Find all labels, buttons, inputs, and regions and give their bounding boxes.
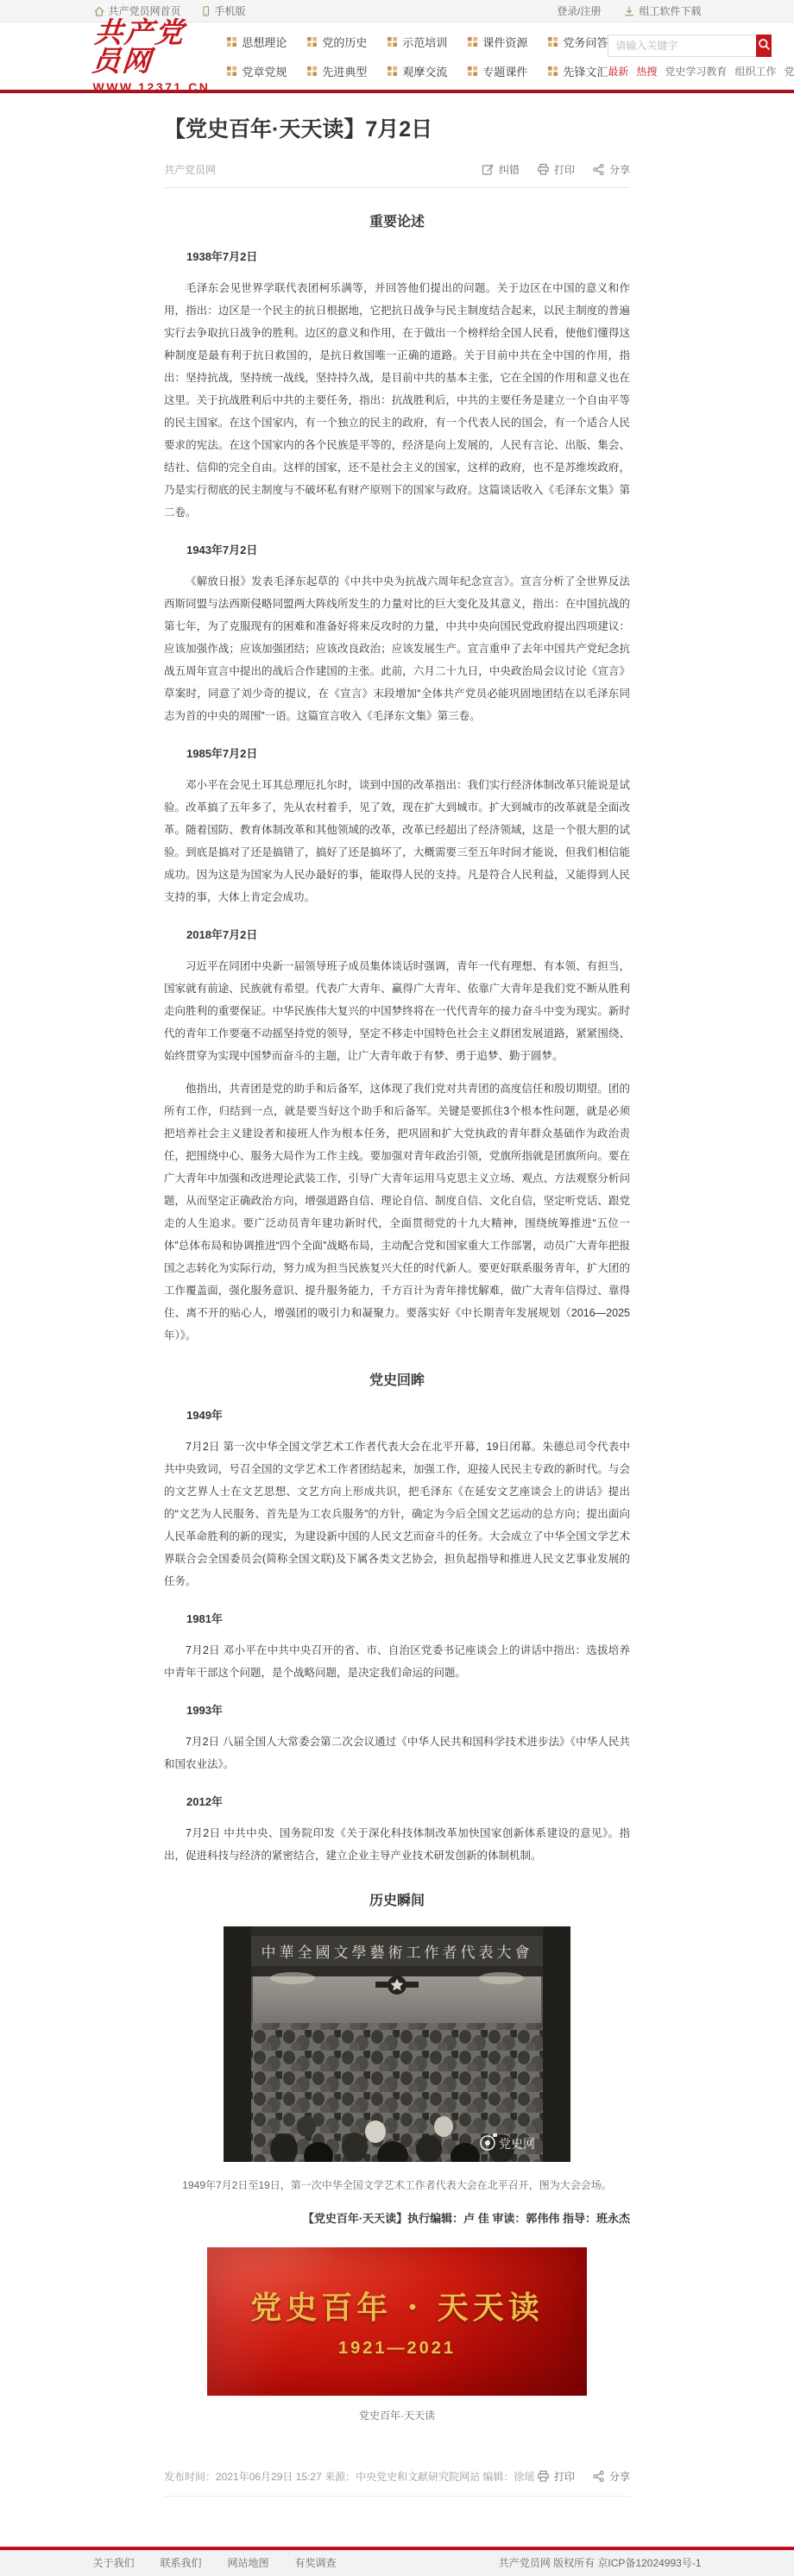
entry-paragraph: 毛泽东会见世界学联代表团柯乐满等，并回答他们提出的问题。关于边区在中国的意义和作… bbox=[164, 277, 630, 524]
grid-icon bbox=[548, 37, 558, 47]
nav-item-courseware[interactable]: 课件资源 bbox=[468, 34, 527, 50]
nav-item-party-history[interactable]: 党的历史 bbox=[307, 34, 367, 50]
nav-item-party-qa[interactable]: 党务问答 bbox=[548, 34, 608, 50]
print-button-bottom[interactable]: 打印 bbox=[537, 2469, 575, 2484]
section-heading: 重要论述 bbox=[164, 210, 630, 230]
section-heading: 党史回眸 bbox=[164, 1369, 630, 1389]
section-historic-moment: 历史瞬间 中華全國文學藝術 bbox=[164, 1889, 630, 2422]
section-party-history-review: 党史回眸 1949年 7月2日 第一次中华全国文学艺术工作者代表大会在北平开幕，… bbox=[164, 1369, 630, 1867]
printer-icon bbox=[537, 2470, 550, 2483]
nav-label: 党章党规 bbox=[242, 63, 287, 79]
grid-icon bbox=[307, 37, 317, 47]
entry-paragraph: 习近平在同团中央新一届领导班子成员集体谈话时强调，青年一代有理想、有本领、有担当… bbox=[164, 955, 630, 1067]
entry-paragraph: 《解放日报》发表毛泽东起草的《中共中央为抗战六周年纪念宣言》。宣言分析了全世界反… bbox=[164, 570, 630, 727]
footer-copyright: 共产党员网 版权所有 京ICP备12024993号-1 bbox=[499, 2555, 702, 2570]
series-banner: 党史百年 · 天天读 1921—2021 bbox=[207, 2247, 587, 2396]
site-logo-url: WWW.12371.CN bbox=[93, 80, 211, 94]
section-heading: 历史瞬间 bbox=[164, 1889, 630, 1909]
grid-icon bbox=[227, 66, 236, 76]
historic-photo: 中華全國文學藝術工作者代表大會 bbox=[224, 1926, 570, 2162]
nav-item-special-courseware[interactable]: 专题课件 bbox=[468, 63, 527, 79]
publish-info: 发布时间：2021年06月29日 15:27 来源：中央党史和文献研究院网站 编… bbox=[164, 2469, 534, 2484]
hot-link-organization-work[interactable]: 组织工作 bbox=[734, 64, 776, 79]
article-source: 共产党员网 bbox=[164, 162, 216, 177]
nav-item-theory[interactable]: 思想理论 bbox=[227, 34, 287, 50]
share-icon bbox=[592, 163, 605, 176]
printer-icon bbox=[537, 163, 550, 176]
share-button[interactable]: 分享 bbox=[592, 162, 630, 177]
search-area: 最新 热搜 党史学习教育 组织工作 党课 bbox=[608, 35, 772, 79]
entry-date: 1943年7月2日 bbox=[164, 539, 630, 562]
entry-date: 1985年7月2日 bbox=[164, 743, 630, 765]
entry-paragraph: 7月2日 第一次中华全国文学艺术工作者代表大会在北平开幕，19日闭幕。朱德总司令… bbox=[164, 1436, 630, 1593]
grid-icon bbox=[307, 66, 317, 76]
grid-icon bbox=[388, 37, 397, 47]
hot-link-trending[interactable]: 热搜 bbox=[636, 64, 657, 79]
historic-photo-figure: 中華全國文學藝術工作者代表大會 bbox=[164, 1926, 630, 2194]
entry-date: 1993年 bbox=[164, 1700, 630, 1722]
entry-date: 2012年 bbox=[164, 1791, 630, 1813]
site-logo-calligraphy: 共产党员网 bbox=[91, 18, 213, 75]
hot-link-party-class[interactable]: 党课 bbox=[784, 64, 794, 79]
grid-icon bbox=[468, 37, 477, 47]
footer-link-about[interactable]: 关于我们 bbox=[93, 2555, 135, 2570]
entry-date: 1949年 bbox=[164, 1404, 630, 1427]
mobile-link-label: 手机版 bbox=[215, 3, 246, 18]
photo-banner-text: 中華全國文學藝術工作者代表大會 bbox=[262, 1944, 533, 1961]
correction-label: 纠错 bbox=[499, 162, 520, 177]
entry-date: 1981年 bbox=[164, 1608, 630, 1630]
nav-label: 课件资源 bbox=[482, 34, 527, 50]
download-icon bbox=[623, 5, 635, 17]
footer-link-contact[interactable]: 联系我们 bbox=[161, 2555, 202, 2570]
nav-label: 党务问答 bbox=[563, 34, 608, 50]
footer-link-sitemap[interactable]: 网站地图 bbox=[228, 2555, 269, 2570]
entry-date: 2018年7月2日 bbox=[164, 924, 630, 946]
entry-date: 1938年7月2日 bbox=[164, 246, 630, 268]
mobile-link[interactable]: 手机版 bbox=[200, 3, 246, 18]
grid-icon bbox=[388, 66, 397, 76]
print-label: 打印 bbox=[554, 162, 575, 177]
series-banner-years: 1921—2021 bbox=[338, 2339, 456, 2359]
share-label: 分享 bbox=[609, 2469, 630, 2484]
print-button[interactable]: 打印 bbox=[537, 162, 575, 177]
search-input[interactable] bbox=[608, 35, 756, 57]
entry-paragraph: 7月2日 邓小平在中共中央召开的省、市、自治区党委书记座谈会上的讲话中指出：选拔… bbox=[164, 1639, 630, 1684]
main-navigation: 思想理论 党的历史 示范培训 课件资源 党务问答 党章党规 bbox=[227, 34, 608, 79]
nav-item-exchange[interactable]: 观摩交流 bbox=[388, 63, 447, 79]
nav-label: 观摩交流 bbox=[402, 63, 447, 79]
photo-caption: 1949年7月2日至19日，第一次中华全国文学艺术工作者代表大会在北平召开，图为… bbox=[164, 2177, 630, 2194]
login-register-link[interactable]: 登录/注册 bbox=[557, 3, 601, 18]
nav-item-pioneer-articles[interactable]: 先锋文汇 bbox=[548, 63, 608, 79]
site-footer: 关于我们 联系我们 网站地图 有奖调查 共产党员网 版权所有 京ICP备1202… bbox=[0, 2547, 794, 2576]
footer-links: 关于我们 联系我们 网站地图 有奖调查 bbox=[93, 2555, 337, 2570]
grid-icon bbox=[468, 66, 477, 76]
site-header: 共产党员网 WWW.12371.CN 思想理论 党的历史 示范培训 课件资源 bbox=[0, 22, 794, 90]
nav-item-role-models[interactable]: 先进典型 bbox=[307, 63, 367, 79]
editor-credits: 【党史百年·天天读】执行编辑：卢 佳 审读：郭伟伟 指导：班永杰 bbox=[164, 2209, 630, 2228]
series-banner-title: 党史百年 · 天天读 bbox=[250, 2284, 544, 2328]
nav-label: 先进典型 bbox=[322, 63, 367, 79]
nav-label: 专题课件 bbox=[482, 63, 527, 79]
nav-label: 示范培训 bbox=[402, 34, 447, 50]
search-icon bbox=[758, 38, 771, 53]
nav-label: 党的历史 bbox=[322, 34, 367, 50]
page-title: 【党史百年·天天读】7月2日 bbox=[164, 116, 630, 145]
share-label: 分享 bbox=[609, 162, 630, 177]
share-icon bbox=[592, 2470, 605, 2483]
entry-paragraph: 7月2日 中共中央、国务院印发《关于深化科技体制改革加快国家创新体系建设的意见》… bbox=[164, 1822, 630, 1867]
software-download-link[interactable]: 组工软件下载 bbox=[623, 3, 701, 18]
correction-button[interactable]: 纠错 bbox=[482, 162, 520, 177]
entry-paragraph: 他指出，共青团是党的助手和后备军，这体现了我们党对共青团的高度信任和殷切期望。团… bbox=[164, 1078, 630, 1347]
grid-icon bbox=[548, 66, 558, 76]
footer-link-survey[interactable]: 有奖调查 bbox=[295, 2555, 337, 2570]
hot-link-latest[interactable]: 最新 bbox=[608, 64, 628, 79]
section-important-statements: 重要论述 1938年7月2日 毛泽东会见世界学联代表团柯乐满等，并回答他们提出的… bbox=[164, 210, 630, 1347]
entry-paragraph: 7月2日 八届全国人大常委会第二次会议通过《中华人民共和国科学技术进步法》《中华… bbox=[164, 1731, 630, 1775]
nav-label: 思想理论 bbox=[242, 34, 287, 50]
publish-info-row: 发布时间：2021年06月29日 15:27 来源：中央党史和文献研究院网站 编… bbox=[164, 2469, 630, 2497]
nav-item-demo-training[interactable]: 示范培训 bbox=[388, 34, 447, 50]
nav-item-party-constitution[interactable]: 党章党规 bbox=[227, 63, 287, 79]
mobile-phone-icon bbox=[200, 5, 211, 17]
article: 【党史百年·天天读】7月2日 共产党员网 纠错 打印 分享 bbox=[164, 93, 630, 2523]
nav-label: 先锋文汇 bbox=[563, 63, 608, 79]
hot-search-links: 最新 热搜 党史学习教育 组织工作 党课 bbox=[608, 64, 772, 79]
software-download-label: 组工软件下载 bbox=[639, 3, 701, 18]
grid-icon bbox=[227, 37, 236, 47]
entry-paragraph: 邓小平在会见土耳其总理厄扎尔时，谈到中国的改革指出：我们实行经济体制改革只能说是… bbox=[164, 774, 630, 908]
correction-icon bbox=[482, 163, 495, 176]
article-byline: 共产党员网 纠错 打印 分享 bbox=[164, 162, 630, 188]
photo-watermark-text: 党史网 bbox=[499, 2137, 535, 2151]
share-button-bottom[interactable]: 分享 bbox=[592, 2469, 630, 2484]
hot-link-party-history-education[interactable]: 党史学习教育 bbox=[665, 64, 727, 79]
login-register-label: 登录/注册 bbox=[557, 3, 601, 18]
series-banner-caption: 党史百年·天天读 bbox=[164, 2408, 630, 2422]
search-button[interactable] bbox=[756, 35, 772, 57]
print-label: 打印 bbox=[554, 2469, 575, 2484]
site-logo[interactable]: 共产党员网 WWW.12371.CN bbox=[93, 18, 211, 94]
